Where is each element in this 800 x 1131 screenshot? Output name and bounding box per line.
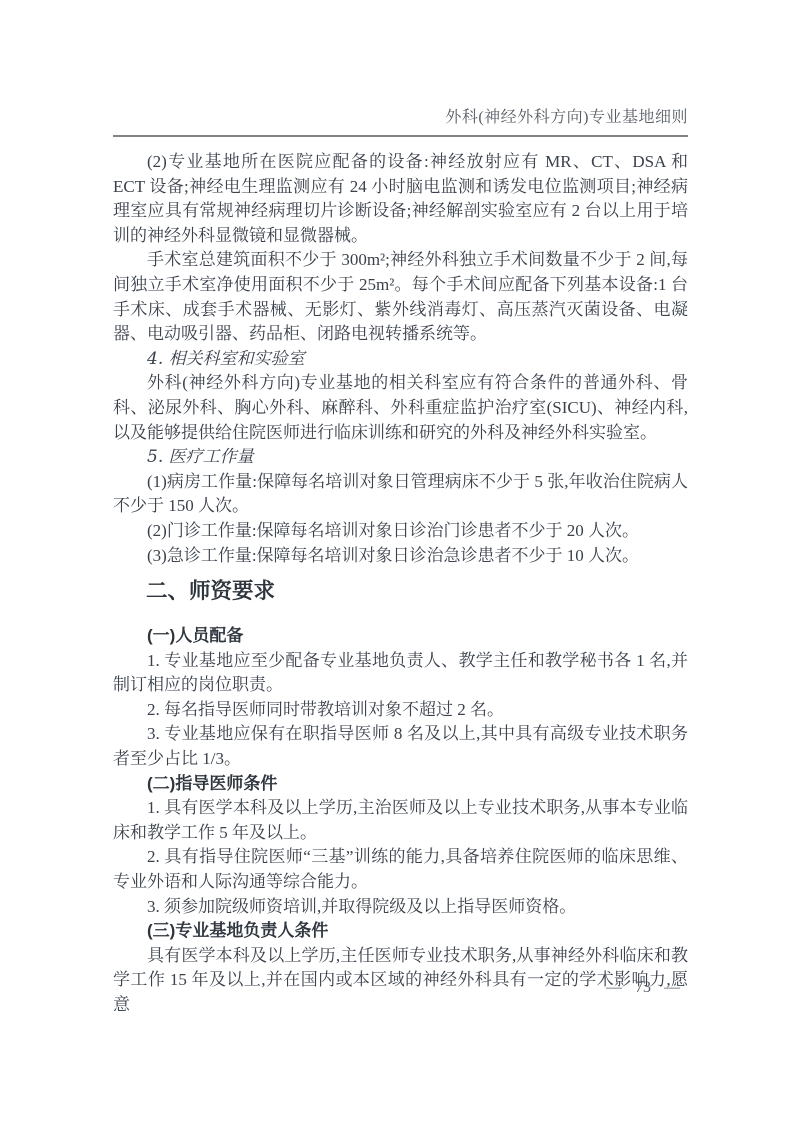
para-supervisor-1: 1. 具有医学本科及以上学历,主治医师及以上专业技术职务,从事本专业临床和教学工… (113, 796, 688, 845)
page-footer: — 73 — (113, 978, 680, 998)
para-supervisor-3: 3. 须参加院级师资培训,并取得院级及以上指导医师资格。 (113, 895, 688, 920)
para-operating-room: 手术室总建筑面积不少于 300m²;神经外科独立手术间数量不少于 2 间,每间独… (113, 248, 688, 346)
subheading-staffing: (一)人员配备 (113, 624, 688, 649)
para-staffing-2: 2. 每名指导医师同时带教培训对象不超过 2 名。 (113, 698, 688, 723)
heading-related-departments: 4. 相关科室和实验室 (113, 347, 688, 372)
para-emergency-workload: (3)急诊工作量:保障每名培训对象日诊治急诊患者不少于 10 人次。 (113, 544, 688, 569)
header-rule (113, 135, 688, 137)
para-outpatient-workload: (2)门诊工作量:保障每名培训对象日诊治门诊患者不少于 20 人次。 (113, 519, 688, 544)
subheading-base-director-conditions: (三)专业基地负责人条件 (113, 919, 688, 944)
subheading-supervisor-conditions: (二)指导医师条件 (113, 772, 688, 797)
page-content: (2)专业基地所在医院应配备的设备:神经放射应有 MR、CT、DSA 和 ECT… (113, 150, 688, 1018)
para-related-departments: 外科(神经外科方向)专业基地的相关科室应有符合条件的普通外科、骨科、泌尿外科、胸… (113, 371, 688, 445)
document-page: 外科(神经外科方向)专业基地细则 (2)专业基地所在医院应配备的设备:神经放射应… (0, 0, 800, 1131)
heading-medical-workload: 5. 医疗工作量 (113, 445, 688, 470)
para-ward-workload: (1)病房工作量:保障每名培训对象日管理病床不少于 5 张,年收治住院病人不少于… (113, 470, 688, 519)
running-header-title: 外科(神经外科方向)专业基地细则 (113, 108, 688, 128)
section-heading-faculty-requirements: 二、师资要求 (113, 578, 688, 604)
para-staffing-1: 1. 专业基地应至少配备专业基地负责人、教学主任和教学秘书各 1 名,并制订相应… (113, 649, 688, 698)
para-staffing-3: 3. 专业基地应保有在职指导医师 8 名及以上,其中具有高级专业技术职务者至少占… (113, 722, 688, 771)
page-number: — 73 — (606, 979, 680, 996)
para-equipment-requirements: (2)专业基地所在医院应配备的设备:神经放射应有 MR、CT、DSA 和 ECT… (113, 150, 688, 248)
para-supervisor-2: 2. 具有指导住院医师“三基”训练的能力,具备培养住院医师的临床思维、专业外语和… (113, 845, 688, 894)
